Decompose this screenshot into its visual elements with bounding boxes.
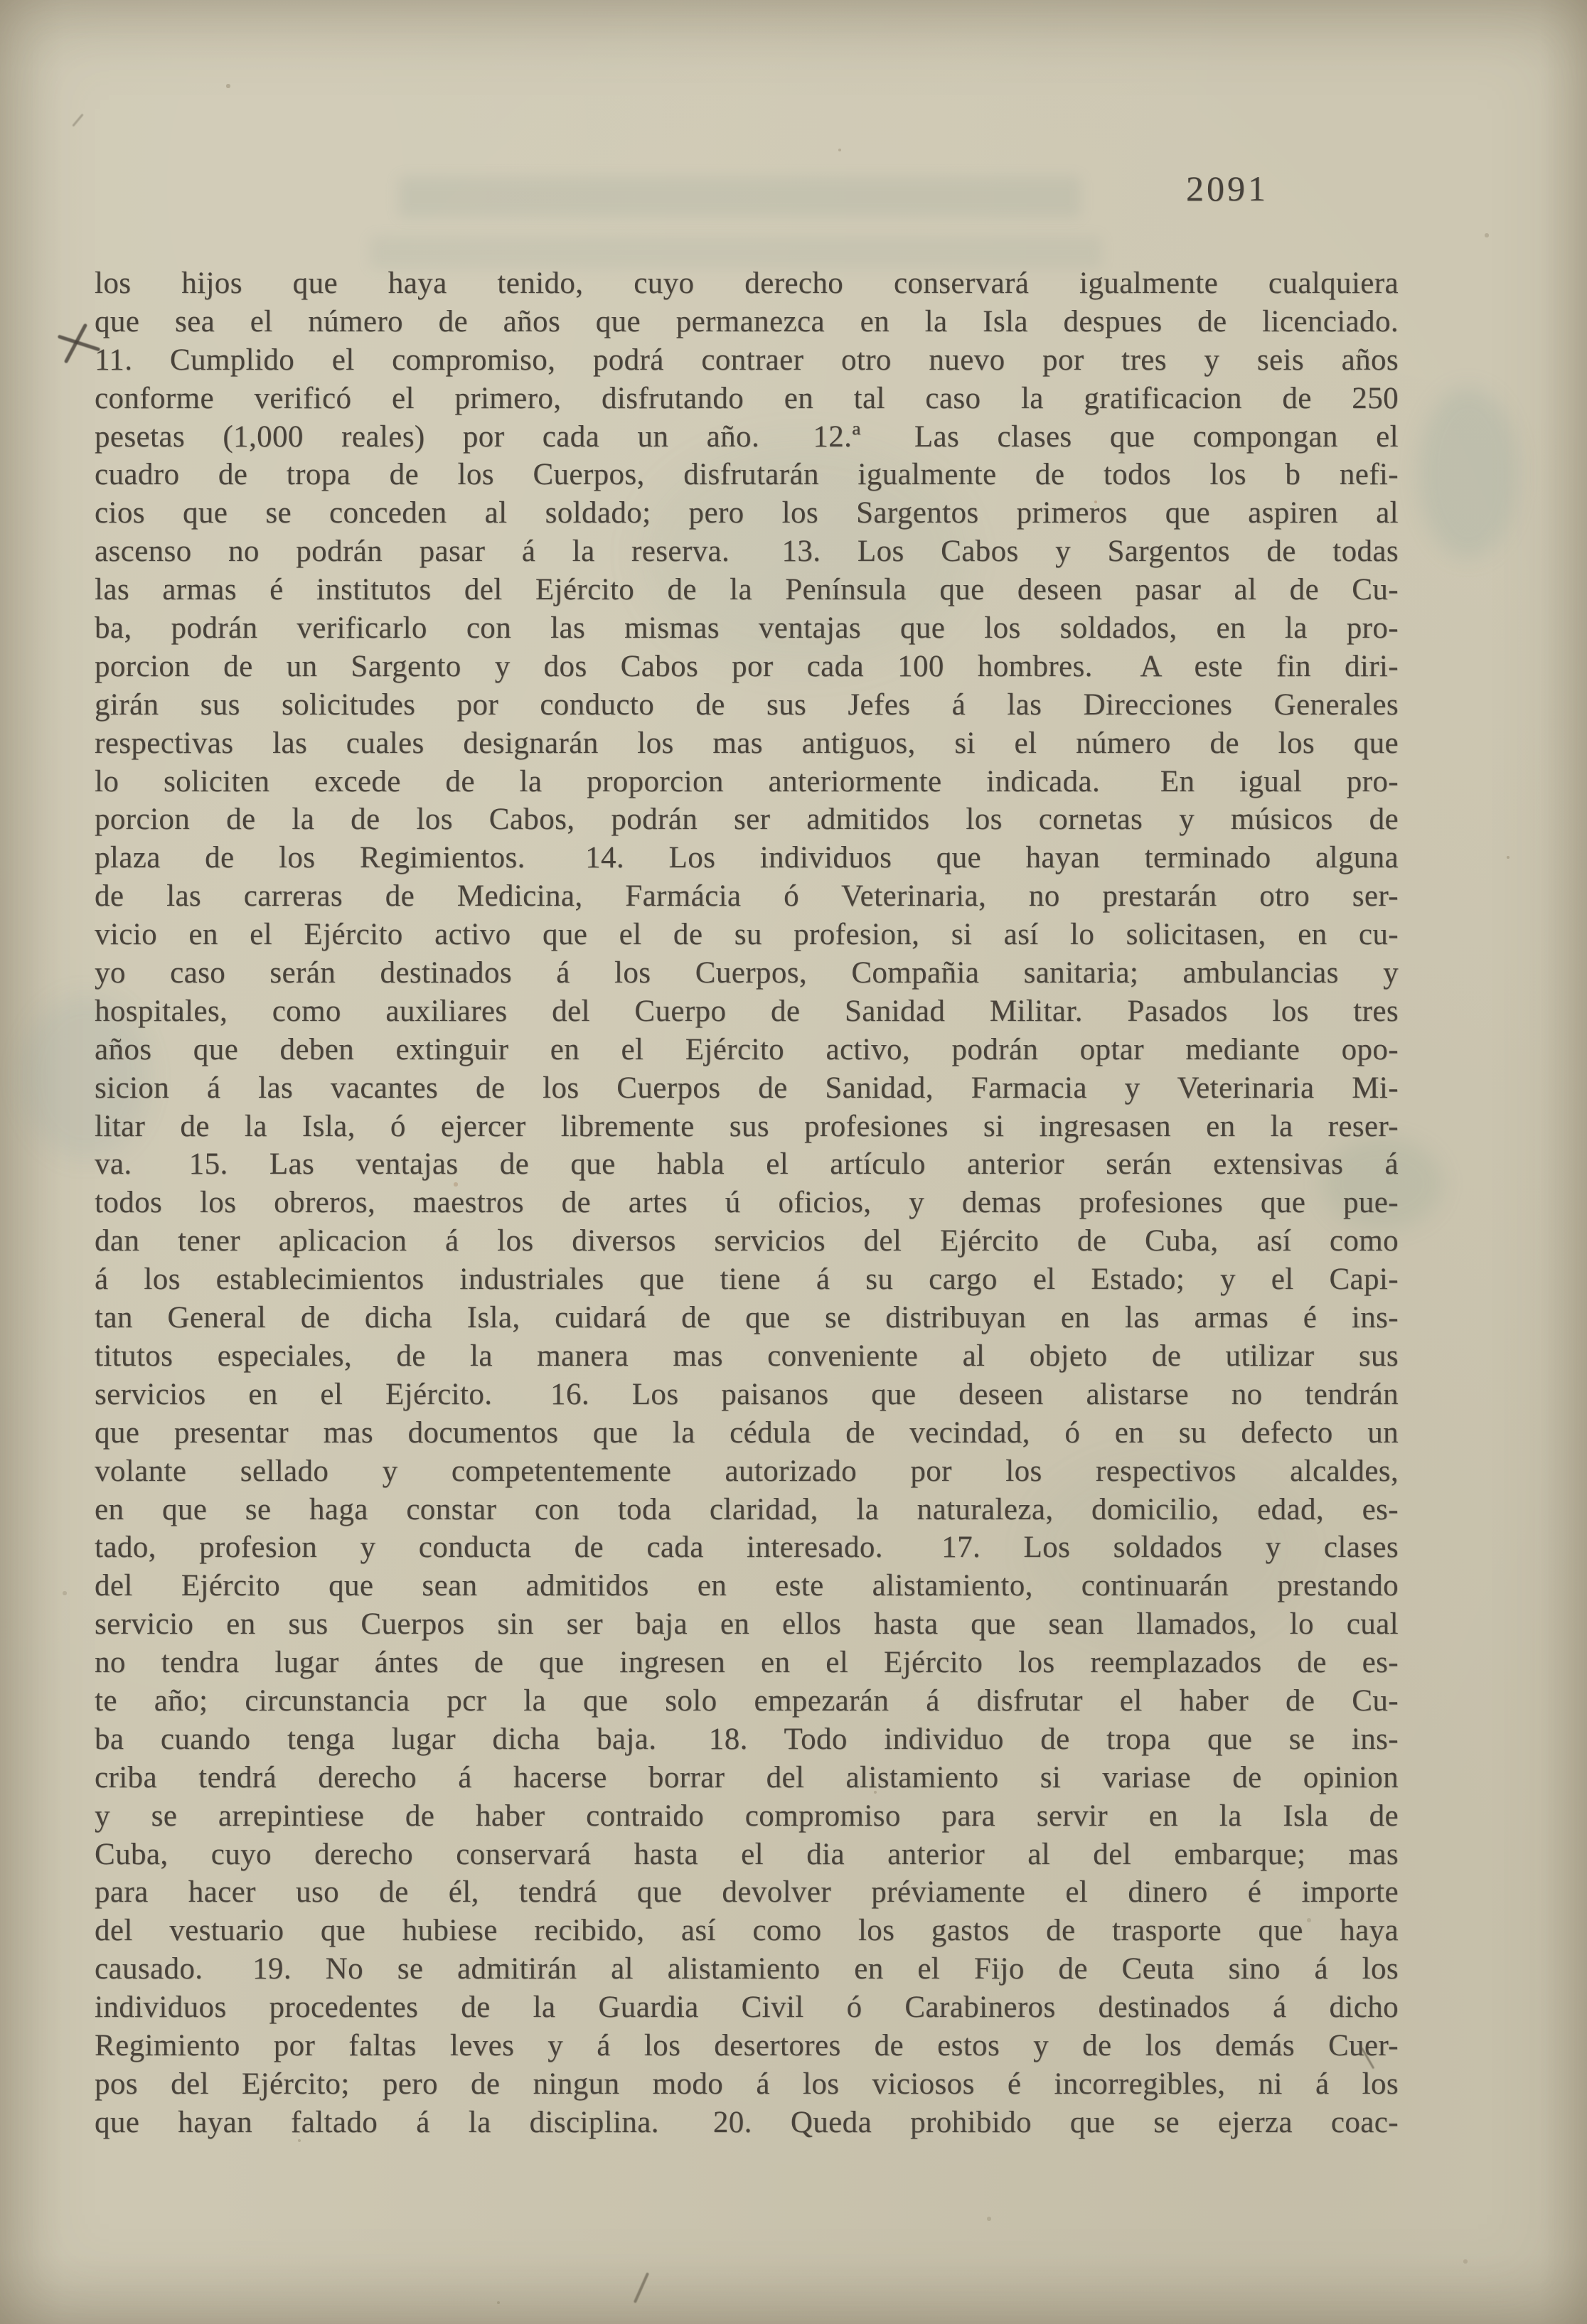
text-line: en que se haga constar con toda claridad…	[95, 1491, 1399, 1529]
text-line: Cuba, cuyo derecho conservará hasta el d…	[95, 1836, 1399, 1874]
text-line: yo caso serán destinados á los Cuerpos, …	[95, 954, 1399, 992]
text-line: vicio en el Ejército activo que el de su…	[95, 916, 1399, 954]
dust-speckles	[0, 0, 1, 1]
scanned-page: 2091 los hijos que haya tenido, cuyo der…	[0, 0, 1587, 2324]
text-line: volante sellado y competentemente autori…	[95, 1452, 1399, 1491]
text-line: sicion á las vacantes de los Cuerpos de …	[95, 1069, 1399, 1108]
pen-stroke-artifact	[72, 114, 83, 127]
text-line: porcion de la de los Cabos, podrán ser a…	[95, 800, 1399, 839]
text-line: de las carreras de Medicina, Farmácia ó …	[95, 877, 1399, 916]
text-line: girán sus solicitudes por conducto de su…	[95, 686, 1399, 724]
text-line: cios que se conceden al soldado; pero lo…	[95, 494, 1399, 532]
text-line: ascenso no podrán pasar á la reserva. 13…	[95, 532, 1399, 571]
text-line: plaza de los Regimientos. 14. Los indivi…	[95, 839, 1399, 877]
text-line: las armas é institutos del Ejército de l…	[95, 571, 1399, 609]
text-line: pesetas (1,000 reales) por cada un año. …	[95, 418, 1399, 456]
text-line: conforme verificó el primero, disfrutand…	[95, 380, 1399, 418]
pen-stroke-artifact	[634, 2272, 649, 2303]
text-line: tado, profesion y conducta de cada inter…	[95, 1528, 1399, 1567]
text-line: dan tener aplicacion á los diversos serv…	[95, 1222, 1399, 1260]
text-line: tan General de dicha Isla, cuidará de qu…	[95, 1299, 1399, 1337]
text-line: años que deben extinguir en el Ejército …	[95, 1031, 1399, 1069]
text-line: te año; circunstancia pcr la que solo em…	[95, 1682, 1399, 1720]
text-line: á los establecimientos industriales que …	[95, 1260, 1399, 1299]
text-line: que hayan faltado á la disciplina. 20. Q…	[95, 2104, 1399, 2142]
text-line: para hacer uso de él, tendrá que devolve…	[95, 1873, 1399, 1912]
text-line: litar de la Isla, ó ejercer libremente s…	[95, 1108, 1399, 1146]
text-line: servicio en sus Cuerpos sin ser baja en …	[95, 1605, 1399, 1644]
text-line: que sea el número de años que permanezca…	[95, 303, 1399, 341]
text-line: del vestuario que hubiese recibido, así …	[95, 1912, 1399, 1950]
text-line: todos los obreros, maestros de artes ú o…	[95, 1184, 1399, 1222]
text-line: que presentar mas documentos que la cédu…	[95, 1414, 1399, 1452]
text-line: ba, podrán verificarlo con las mismas ve…	[95, 609, 1399, 648]
text-line: y se arrepintiese de haber contraido com…	[95, 1797, 1399, 1836]
text-line: pos del Ejército; pero de ningun modo á …	[95, 2065, 1399, 2104]
ink-smudge-artifact	[1418, 387, 1518, 558]
body-text: los hijos que haya tenido, cuyo derecho …	[95, 264, 1399, 2142]
text-line: del Ejército que sean admitidos en este …	[95, 1567, 1399, 1605]
text-line: 11. Cumplido el compromiso, podrá contra…	[95, 341, 1399, 380]
bleedthrough-artifact	[398, 176, 1081, 218]
text-line: no tendra lugar ántes de que ingresen en…	[95, 1644, 1399, 1682]
text-line: lo soliciten excede de la proporcion ant…	[95, 763, 1399, 801]
text-line: hospitales, como auxiliares del Cuerpo d…	[95, 992, 1399, 1031]
text-line: cuadro de tropa de los Cuerpos, disfruta…	[95, 456, 1399, 494]
text-line: causado. 19. No se admitirán al alistami…	[95, 1950, 1399, 1988]
text-line: los hijos que haya tenido, cuyo derecho …	[95, 264, 1399, 303]
text-line: porcion de un Sargento y dos Cabos por c…	[95, 648, 1399, 686]
text-line: ba cuando tenga lugar dicha baja. 18. To…	[95, 1720, 1399, 1759]
text-line: criba tendrá derecho á hacerse borrar de…	[95, 1759, 1399, 1797]
text-line: va. 15. Las ventajas de que habla el art…	[95, 1145, 1399, 1184]
text-line: Regimiento por faltas leves y á los dese…	[95, 2027, 1399, 2065]
text-line: titutos especiales, de la manera mas con…	[95, 1337, 1399, 1376]
text-line: respectivas las cuales designarán los ma…	[95, 724, 1399, 763]
text-line: individuos procedentes de la Guardia Civ…	[95, 1988, 1399, 2027]
page-number: 2091	[1186, 168, 1268, 209]
text-line: servicios en el Ejército. 16. Los paisan…	[95, 1376, 1399, 1414]
